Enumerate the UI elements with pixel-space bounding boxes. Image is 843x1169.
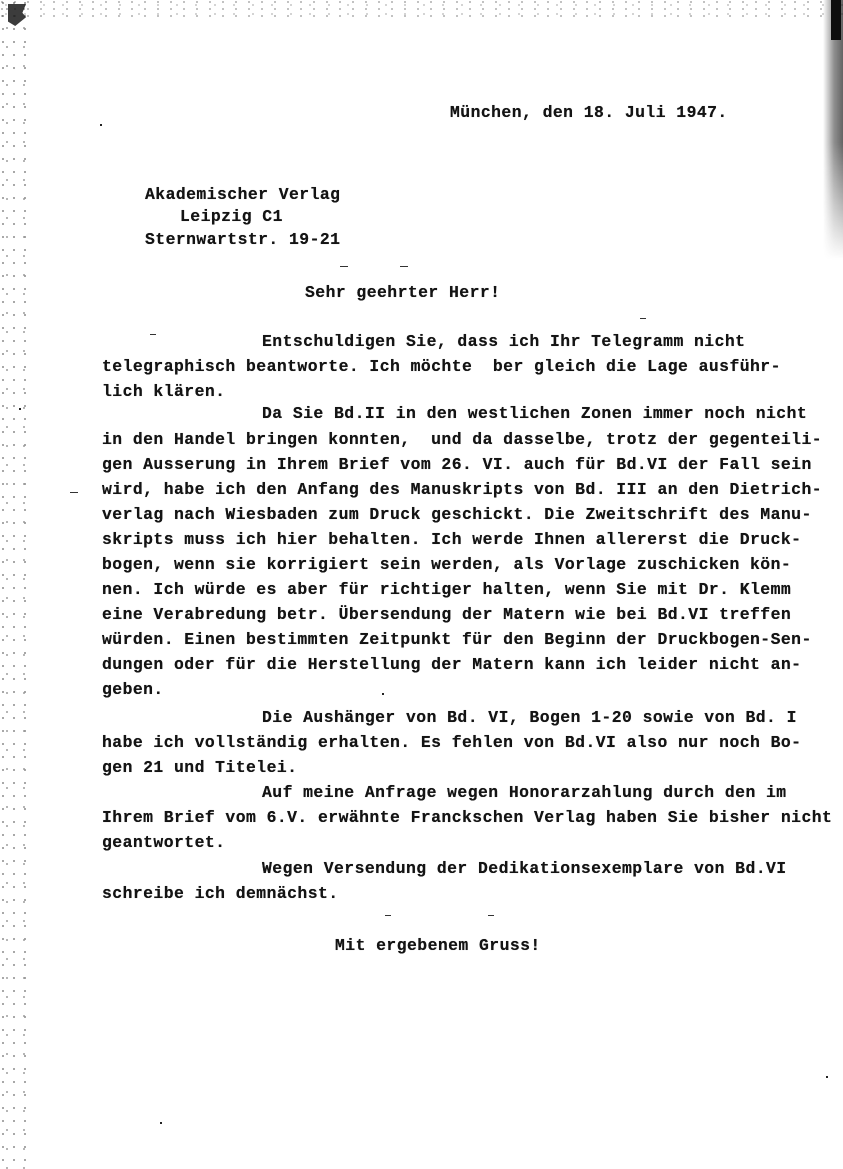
recipient-name: Akademischer Verlag [145, 187, 340, 203]
scan-mark [640, 318, 646, 319]
paragraph-2-line-2: in den Handel bringen konnten, und da da… [102, 432, 822, 448]
paragraph-2-line-1: Da Sie Bd.II in den westlichen Zonen imm… [262, 406, 807, 422]
scan-mark [70, 492, 78, 493]
paragraph-4-line-2: Ihrem Brief vom 6.V. erwähnte Francksche… [102, 810, 832, 826]
scan-mark [400, 266, 408, 267]
paragraph-5-line-2: schreibe ich demnächst. [102, 886, 339, 902]
paragraph-3-line-1: Die Aushänger von Bd. VI, Bogen 1-20 sow… [262, 710, 797, 726]
scan-mark [340, 266, 348, 267]
paragraph-2-line-12: geben. [102, 682, 164, 698]
paragraph-2-line-9: eine Verabredung betr. Übersendung der M… [102, 607, 791, 623]
paragraph-2-line-7: bogen, wenn sie korrigiert sein werden, … [102, 557, 791, 573]
scan-noise-left [0, 0, 26, 1169]
paragraph-2-line-8: nen. Ich würde es aber für richtiger hal… [102, 582, 791, 598]
paragraph-3-line-2: habe ich vollständig erhalten. Es fehlen… [102, 735, 801, 751]
paragraph-4-line-3: geantwortet. [102, 835, 225, 851]
scan-shadow-corner [831, 0, 841, 40]
scan-speck [19, 408, 21, 410]
paragraph-2-line-4: wird, habe ich den Anfang des Manuskript… [102, 482, 822, 498]
scan-noise-top [0, 0, 843, 22]
paragraph-2-line-11: dungen oder für die Herstellung der Mate… [102, 657, 801, 673]
paragraph-2-line-5: verlag nach Wiesbaden zum Druck geschick… [102, 507, 812, 523]
place-date: München, den 18. Juli 1947. [450, 105, 728, 121]
scan-speck [160, 1122, 162, 1124]
paragraph-1-line-3: lich klären. [102, 384, 225, 400]
paragraph-1-line-1: Entschuldigen Sie, dass ich Ihr Telegram… [262, 334, 745, 350]
paragraph-2-line-10: würden. Einen bestimmten Zeitpunkt für d… [102, 632, 812, 648]
scan-mark [385, 915, 391, 916]
paragraph-2-line-3: gen Ausserung in Ihrem Brief vom 26. VI.… [102, 457, 812, 473]
scan-mark [488, 915, 494, 916]
paragraph-3-line-3: gen 21 und Titelei. [102, 760, 297, 776]
paragraph-2-line-6: skripts muss ich hier behalten. Ich werd… [102, 532, 801, 548]
paragraph-4-line-1: Auf meine Anfrage wegen Honorarzahlung d… [262, 785, 787, 801]
paragraph-5-line-1: Wegen Versendung der Dedikationsexemplar… [262, 861, 787, 877]
recipient-city: Leipzig C1 [180, 209, 283, 225]
scanned-letter-page: München, den 18. Juli 1947. Akademischer… [0, 0, 843, 1169]
closing: Mit ergebenem Gruss! [335, 938, 541, 954]
scan-speck [826, 1076, 828, 1078]
salutation: Sehr geehrter Herr! [305, 285, 500, 301]
scan-speck [100, 124, 102, 126]
scan-mark [150, 334, 156, 335]
recipient-street: Sternwartstr. 19-21 [145, 232, 340, 248]
paragraph-1-line-2: telegraphisch beantworte. Ich möchte ber… [102, 359, 781, 375]
scan-speck [382, 693, 384, 695]
